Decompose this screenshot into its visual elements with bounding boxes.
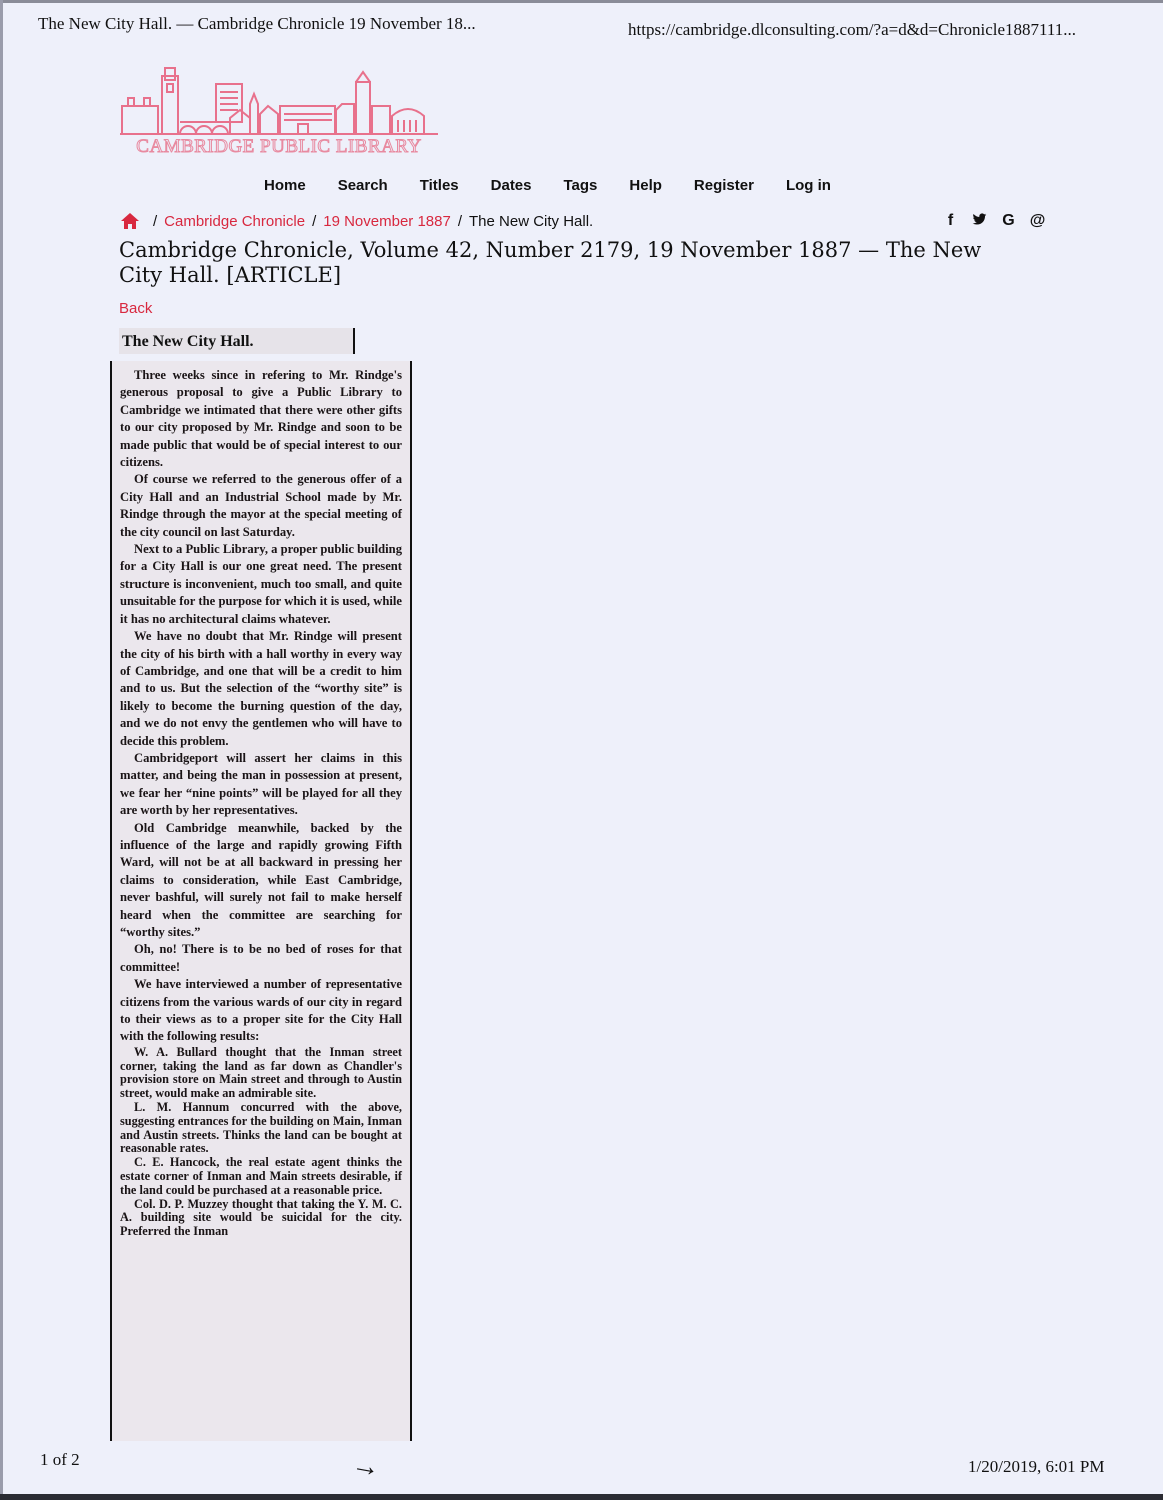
article-paragraph: We have interviewed a number of represen…: [120, 976, 402, 1046]
nav-register[interactable]: Register: [694, 177, 754, 194]
article-paragraph: Oh, no! There is to be no bed of roses f…: [120, 941, 402, 976]
article-paragraph: L. M. Hannum concurred with the above, s…: [120, 1101, 402, 1156]
share-icons: f G @: [936, 212, 1052, 230]
breadcrumb-current: The New City Hall.: [469, 213, 593, 230]
nav-home[interactable]: Home: [264, 177, 306, 194]
article-clipping-image: Three weeks since in refering to Mr. Rin…: [110, 361, 412, 1441]
article-paragraph: C. E. Hancock, the real estate agent thi…: [120, 1156, 402, 1197]
breadcrumb: / Cambridge Chronicle / 19 November 1887…: [120, 212, 593, 230]
article-paragraph: Of course we referred to the generous of…: [120, 471, 402, 541]
nav-search[interactable]: Search: [338, 177, 388, 194]
google-icon[interactable]: G: [994, 212, 1023, 230]
print-datetime: 1/20/2019, 6:01 PM: [968, 1457, 1105, 1477]
email-icon[interactable]: @: [1023, 212, 1052, 230]
nav-dates[interactable]: Dates: [491, 177, 532, 194]
article-paragraph: Col. D. P. Muzzey thought that taking th…: [120, 1198, 402, 1239]
breadcrumb-separator: /: [458, 213, 462, 230]
nav-login[interactable]: Log in: [786, 177, 831, 194]
print-header-url: https://cambridge.dlconsulting.com/?a=d&…: [628, 20, 1076, 40]
back-link[interactable]: Back: [119, 300, 152, 317]
nav-help[interactable]: Help: [629, 177, 662, 194]
scan-frame-bottom: [0, 1494, 1163, 1500]
scan-frame-left: [0, 0, 3, 1500]
scan-frame-top: [0, 0, 1163, 3]
article-paragraph: W. A. Bullard thought that the Inman str…: [120, 1046, 402, 1101]
nav-titles[interactable]: Titles: [420, 177, 459, 194]
article-paragraph: Cambridgeport will assert her claims in …: [120, 750, 402, 820]
facebook-icon[interactable]: f: [936, 212, 965, 230]
article-paragraph: Next to a Public Library, a proper publi…: [120, 541, 402, 628]
breadcrumb-separator: /: [153, 213, 157, 230]
print-page-number: 1 of 2: [40, 1450, 80, 1470]
home-icon[interactable]: [120, 212, 140, 230]
clipping-headline: The New City Hall.: [119, 328, 355, 354]
article-paragraph: Old Cambridge meanwhile, backed by the i…: [120, 820, 402, 942]
main-nav: Home Search Titles Dates Tags Help Regis…: [264, 177, 863, 194]
article-title: Cambridge Chronicle, Volume 42, Number 2…: [119, 238, 1019, 288]
breadcrumb-publication-link[interactable]: Cambridge Chronicle: [164, 213, 305, 230]
print-header-title: The New City Hall. — Cambridge Chronicle…: [38, 14, 476, 34]
twitter-icon[interactable]: [965, 212, 994, 230]
library-logo-text: CAMBRIDGE PUBLIC LIBRARY: [118, 136, 440, 158]
article-paragraph: Three weeks since in refering to Mr. Rin…: [120, 367, 402, 471]
article-paragraph: We have no doubt that Mr. Rindge will pr…: [120, 628, 402, 750]
breadcrumb-date-link[interactable]: 19 November 1887: [323, 213, 451, 230]
handwritten-arrow-icon: →: [349, 1448, 382, 1484]
nav-tags[interactable]: Tags: [564, 177, 598, 194]
breadcrumb-separator: /: [312, 213, 316, 230]
